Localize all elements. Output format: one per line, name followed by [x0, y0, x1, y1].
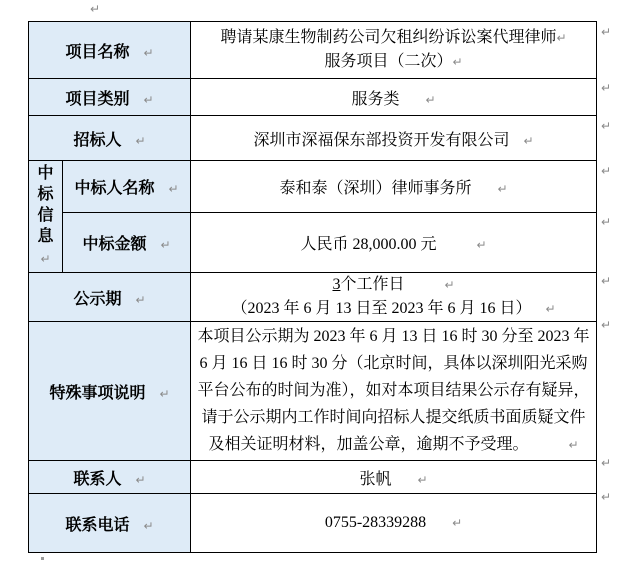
- project-name-value-cell: 聘请某康生物制药公司欠租纠纷诉讼案代理律师↵ 服务项目（二次）↵: [191, 22, 597, 79]
- row-bid-amount: 中标金额↵ 人民币 28,000.00 元↵: [29, 212, 597, 272]
- row-project-name: 项目名称↵ 聘请某康生物制药公司欠租纠纷诉讼案代理律师↵ 服务项目（二次）↵: [29, 22, 597, 79]
- return-mark-icon: ↵: [601, 119, 611, 133]
- return-mark-icon: ↵: [476, 238, 486, 252]
- publicity-period-label-cell: 公示期↵: [29, 273, 191, 322]
- contact-person-value-cell: 张帆↵: [191, 461, 597, 494]
- bid-info-char: 标: [29, 184, 62, 205]
- publicity-date-range: （2023 年 6 月 13 日至 2023 年 6 月 16 日）: [231, 300, 531, 317]
- return-mark-icon: ↵: [601, 318, 611, 332]
- bid-info-char: 息: [29, 226, 62, 247]
- return-mark-icon: ↵: [159, 387, 169, 401]
- project-name-label: 项目名称: [65, 44, 129, 61]
- tenderer-value-cell: 深圳市深福保东部投资开发有限公司↵: [191, 116, 597, 161]
- winner-name-label-cell: 中标人名称↵: [63, 161, 191, 213]
- row-contact-phone: 联系电话↵ 0755-28339288↵: [29, 494, 597, 553]
- return-mark-icon: ↵: [143, 93, 153, 107]
- project-category-label-cell: 项目类别↵: [29, 79, 191, 116]
- return-mark-icon: ↵: [601, 456, 611, 470]
- return-mark-icon: ↵: [497, 182, 507, 196]
- return-mark-icon: ↵: [601, 274, 611, 288]
- winner-name-value: 泰和泰（深圳）律师事务所: [279, 180, 471, 197]
- tenderer-label: 招标人: [73, 132, 121, 149]
- row-publicity-period: 公示期↵ 3个工作日↵ （2023 年 6 月 13 日至 2023 年 6 月…: [29, 273, 597, 322]
- return-mark-icon: ↵: [143, 519, 153, 533]
- tenderer-value: 深圳市深福保东部投资开发有限公司: [253, 132, 509, 149]
- return-mark-icon: ↵: [601, 81, 611, 95]
- row-winner-name: 中 标 信 息 ↵ 中标人名称↵ 泰和泰（深圳）律师事务所↵: [29, 161, 597, 213]
- contact-person-label-cell: 联系人↵: [29, 461, 191, 494]
- return-mark-icon: ↵: [160, 238, 170, 252]
- bid-info-char: 信: [29, 205, 62, 226]
- bid-info-char: 中: [29, 163, 62, 184]
- project-name-line2: 服务项目（二次）: [324, 53, 452, 70]
- return-mark-icon: ↵: [601, 164, 611, 178]
- contact-phone-label: 联系电话: [65, 517, 129, 534]
- bid-award-table: 项目名称↵ 聘请某康生物制药公司欠租纠纷诉讼案代理律师↵ 服务项目（二次）↵ 项…: [28, 21, 597, 553]
- special-notes-line: 及相关证明材料，加盖公章，逾期不予受理。: [208, 436, 528, 453]
- publicity-period-value-cell: 3个工作日↵ （2023 年 6 月 13 日至 2023 年 6 月 16 日…: [191, 273, 597, 322]
- document-page: ↵ 项目名称↵ 聘请某康生物制药公司欠租纠纷诉讼案代理律师↵ 服务项目（二次）↵…: [0, 0, 625, 567]
- special-notes-line: 平台公布的时间为准），如对本项目结果公示存有疑异，: [197, 377, 590, 404]
- return-mark-icon: ↵: [29, 249, 62, 270]
- project-category-value-cell: 服务类↵: [191, 79, 597, 116]
- winner-name-label: 中标人名称: [74, 180, 154, 197]
- return-mark-icon: ↵: [452, 516, 462, 530]
- return-mark-icon: ↵: [90, 2, 100, 16]
- bid-amount-label: 中标金额: [82, 236, 146, 253]
- special-notes-line: 请于公示期内工作时间向招标人提交纸质书面质疑文件: [197, 404, 590, 431]
- contact-phone-label-cell: 联系电话↵: [29, 494, 191, 553]
- return-mark-icon: ↵: [568, 432, 578, 459]
- contact-person-value: 张帆: [359, 471, 391, 488]
- return-mark-icon: ↵: [452, 51, 462, 74]
- return-mark-icon: ↵: [143, 46, 153, 60]
- special-notes-line: 本项目公示期为 2023 年 6 月 13 日 16 时 30 分至 2023 …: [197, 323, 590, 350]
- row-special-notes: 特殊事项说明↵ 本项目公示期为 2023 年 6 月 13 日 16 时 30 …: [29, 322, 597, 461]
- cursor-dot: [41, 557, 44, 560]
- project-category-value: 服务类: [351, 91, 399, 108]
- project-name-line1: 聘请某康生物制药公司欠租纠纷诉讼案代理律师: [220, 29, 556, 46]
- special-notes-line: 6 月 16 日 16 时 30 分（北京时间，具体以深圳阳光采购: [197, 350, 590, 377]
- project-name-label-cell: 项目名称↵: [29, 22, 191, 79]
- return-mark-icon: ↵: [425, 93, 435, 107]
- winner-name-value-cell: 泰和泰（深圳）律师事务所↵: [191, 161, 597, 213]
- special-notes-value-cell: 本项目公示期为 2023 年 6 月 13 日 16 时 30 分至 2023 …: [191, 322, 597, 461]
- bid-info-group-cell: 中 标 信 息 ↵: [29, 161, 63, 273]
- return-mark-icon: ↵: [444, 274, 454, 297]
- row-contact-person: 联系人↵ 张帆↵: [29, 461, 597, 494]
- special-notes-label: 特殊事项说明: [49, 385, 145, 402]
- bid-amount-label-cell: 中标金额↵: [63, 212, 191, 272]
- contact-person-label: 联系人: [73, 471, 121, 488]
- return-mark-icon: ↵: [417, 473, 427, 487]
- bid-amount-value: 人民币 28,000.00 元: [300, 236, 436, 253]
- publicity-duration-text: 个工作日: [340, 276, 404, 293]
- return-mark-icon: ↵: [601, 25, 611, 39]
- row-project-category: 项目类别↵ 服务类↵: [29, 79, 597, 116]
- row-tenderer: 招标人↵ 深圳市深福保东部投资开发有限公司↵: [29, 116, 597, 161]
- return-mark-icon: ↵: [523, 134, 533, 148]
- contact-phone-value: 0755-28339288: [325, 514, 426, 531]
- bid-amount-value-cell: 人民币 28,000.00 元↵: [191, 212, 597, 272]
- return-mark-icon: ↵: [135, 134, 145, 148]
- publicity-period-label: 公示期: [73, 291, 121, 308]
- return-mark-icon: ↵: [601, 490, 611, 504]
- return-mark-icon: ↵: [135, 473, 145, 487]
- return-mark-icon: ↵: [556, 27, 566, 50]
- return-mark-icon: ↵: [601, 215, 611, 229]
- special-notes-label-cell: 特殊事项说明↵: [29, 322, 191, 461]
- project-category-label: 项目类别: [65, 91, 129, 108]
- tenderer-label-cell: 招标人↵: [29, 116, 191, 161]
- return-mark-icon: ↵: [168, 182, 178, 196]
- contact-phone-value-cell: 0755-28339288↵: [191, 494, 597, 553]
- return-mark-icon: ↵: [135, 293, 145, 307]
- return-mark-icon: ↵: [545, 298, 555, 321]
